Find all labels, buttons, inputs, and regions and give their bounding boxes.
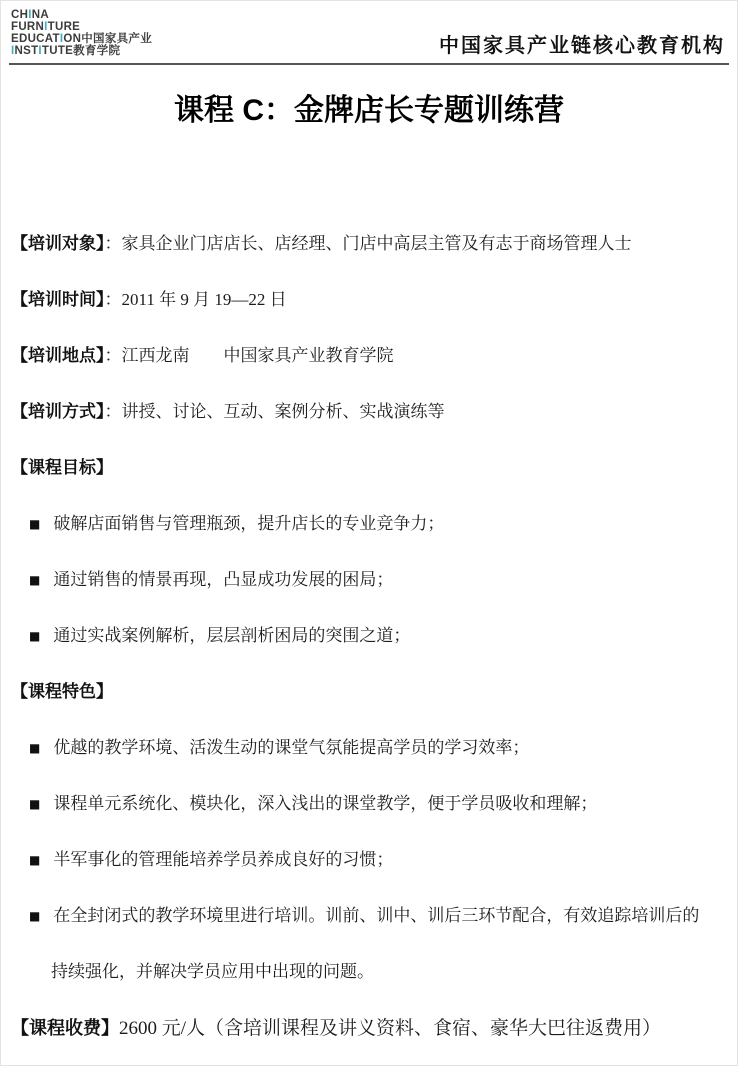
bullet-square-icon: ■ [29,905,40,927]
logo-text-segment: CH [11,9,28,21]
header-tagline: 中国家具产业链核心教育机构 [439,29,725,58]
info-value: ：家具企业门店店长、店经理、门店中高层主管及有志于商场管理人士 [105,234,632,253]
logo-text-segment: TUTE教育学院 [42,45,120,57]
logo-text-segment: ON中国家具产业 [63,33,152,45]
section-heading-goals: 【课程目标】 [11,457,727,479]
info-label: 【培训方式】 [11,402,105,421]
fee-label: 【课程收费】 [11,1018,119,1038]
logo-text-segment: TURE [48,21,81,33]
bullet-square-icon: ■ [29,513,40,535]
info-row-time: 【培训时间】：2011 年 9 月 19—22 日 [11,289,727,311]
bullet-square-icon: ■ [29,625,40,647]
bullet-square-icon: ■ [29,737,40,759]
bullet-text: 在全封闭式的教学环境里进行培训。训前、训中、训后三环节配合，有效追踪培训后的 [53,906,699,925]
bullet-item: ■课程单元系统化、模块化，深入浅出的课堂教学，便于学员吸收和理解； [29,793,727,815]
logo-text-segment: EDUCAT [11,33,60,45]
logo-text-segment: NST [15,45,39,57]
bullet-item: ■通过实战案例解析，层层剖析困局的突围之道； [29,625,727,647]
bullet-item: ■优越的教学环境、活泼生动的课堂气氛能提高学员的学习效率； [29,737,727,759]
fee-line: 【课程收费】2600 元/人（含培训课程及讲义资料、食宿、豪华大巴往返费用） [11,1017,727,1040]
bullet-text: 通过实战案例解析，层层剖析困局的突围之道； [53,626,410,645]
page-header: CHINA FURNITURE EDUCATION中国家具产业 INSTITUT… [1,1,737,57]
info-label: 【培训地点】 [11,346,105,365]
bullet-item: ■在全封闭式的教学环境里进行培训。训前、训中、训后三环节配合，有效追踪培训后的 [29,905,727,927]
section-heading-features: 【课程特色】 [11,681,727,703]
bullet-text: 破解店面销售与管理瓶颈，提升店长的专业竞争力； [53,514,444,533]
bullet-text: 课程单元系统化、模块化，深入浅出的课堂教学，便于学员吸收和理解； [53,794,597,813]
info-value: ：讲授、讨论、互动、案例分析、实战演练等 [105,402,445,421]
header-rule [9,63,729,65]
info-value: ：江西龙南 中国家具产业教育学院 [105,346,394,365]
course-title: 课程 C：金牌店长专题训练营 [1,91,737,131]
logo-text-segment: NA [32,9,49,21]
bullet-item: ■通过销售的情景再现，凸显成功发展的困局； [29,569,727,591]
info-label: 【培训对象】 [11,234,105,253]
info-row-audience: 【培训对象】：家具企业门店店长、店经理、门店中高层主管及有志于商场管理人士 [11,233,727,255]
fee-value: 2600 元/人（含培训课程及讲义资料、食宿、豪华大巴往返费用） [119,1018,661,1039]
info-value: ：2011 年 9 月 19—22 日 [105,290,287,309]
bullet-item: ■半军事化的管理能培养学员养成良好的习惯； [29,849,727,871]
logo-line-china: CHINA [11,9,727,21]
document-page: CHINA FURNITURE EDUCATION中国家具产业 INSTITUT… [0,0,738,1066]
bullet-text: 通过销售的情景再现，凸显成功发展的困局； [53,570,393,589]
document-body: 【培训对象】：家具企业门店店长、店经理、门店中高层主管及有志于商场管理人士 【培… [1,233,737,1040]
info-label: 【培训时间】 [11,290,105,309]
bullet-square-icon: ■ [29,849,40,871]
bullet-item: ■破解店面销售与管理瓶颈，提升店长的专业竞争力； [29,513,727,535]
info-row-location: 【培训地点】：江西龙南 中国家具产业教育学院 [11,345,727,367]
bullet-square-icon: ■ [29,569,40,591]
bullet-text: 半军事化的管理能培养学员养成良好的习惯； [53,850,393,869]
bullet-square-icon: ■ [29,793,40,815]
logo-text-segment: FURN [11,21,44,33]
bullet-text: 持续强化，并解决学员应用中出现的问题。 [51,962,374,981]
bullet-text: 优越的教学环境、活泼生动的课堂气氛能提高学员的学习效率； [53,738,529,757]
info-row-method: 【培训方式】：讲授、讨论、互动、案例分析、实战演练等 [11,401,727,423]
bullet-continuation: 持续强化，并解决学员应用中出现的问题。 [11,961,727,983]
